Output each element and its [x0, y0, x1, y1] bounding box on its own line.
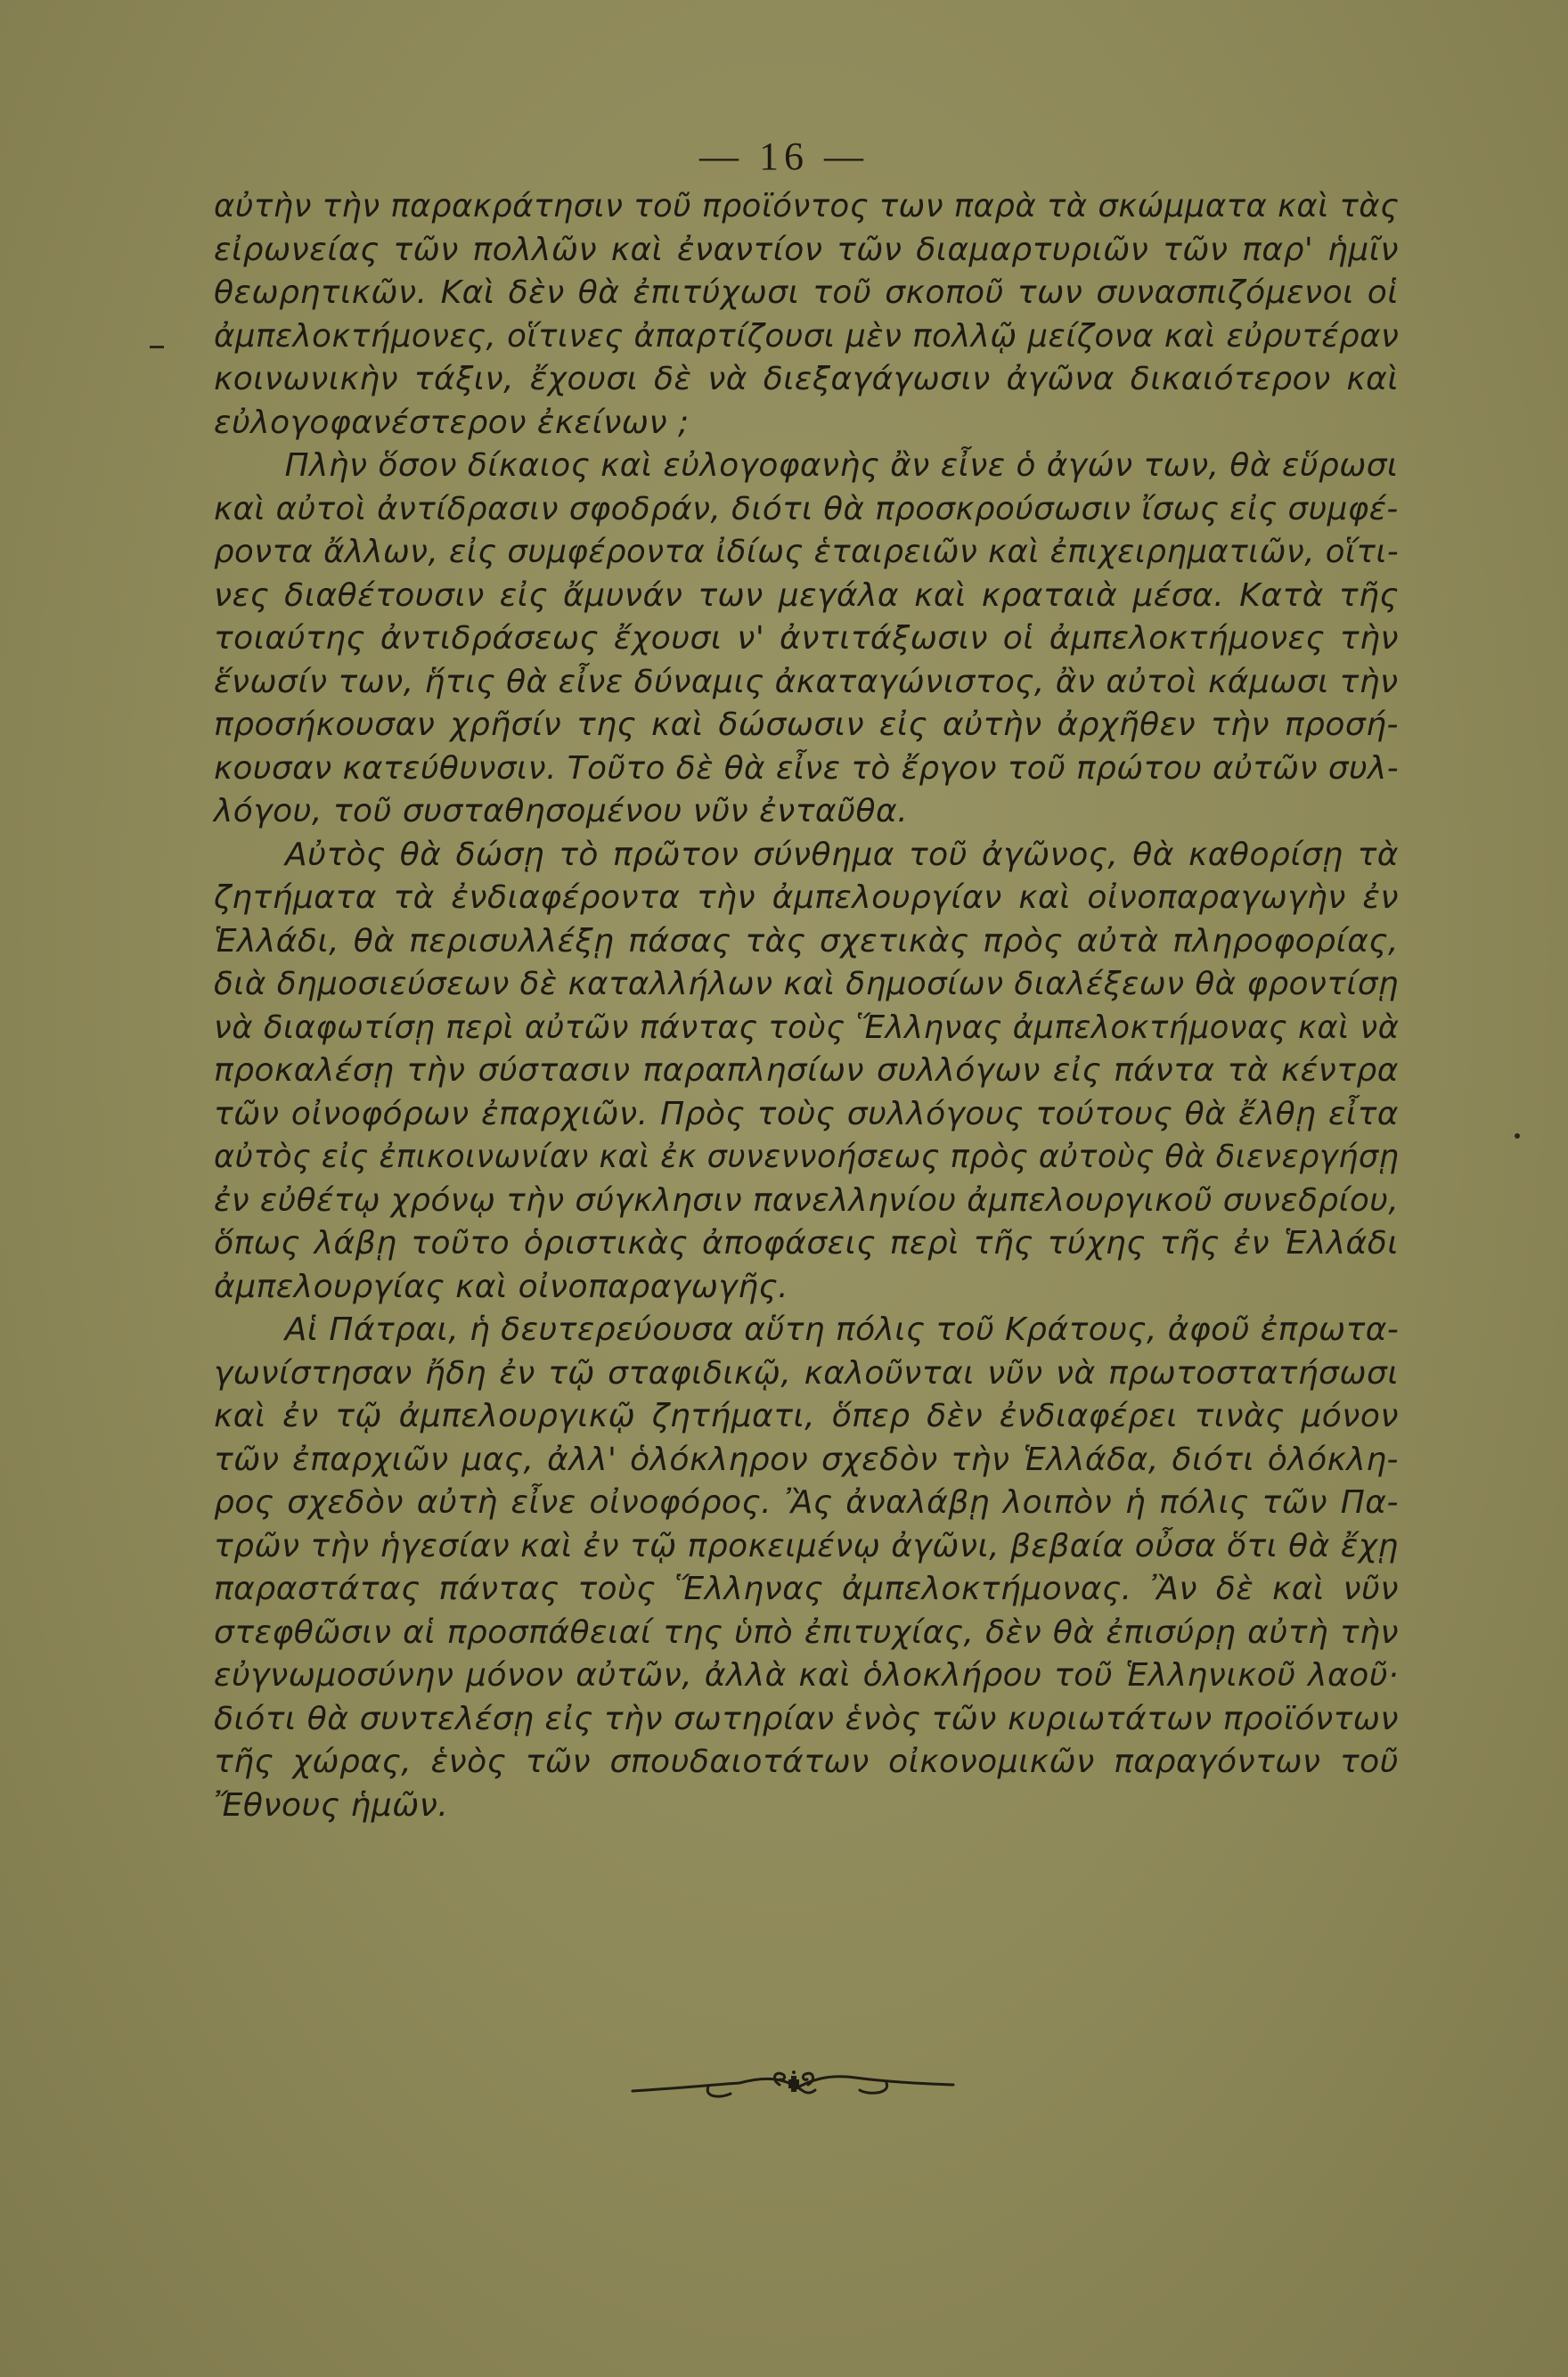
text-line: Πλὴν ὅσον δίκαιος καὶ εὐλογοφανὴς ἂν εἶν…: [214, 445, 1399, 488]
page-number: — 16 —: [0, 134, 1568, 179]
text-line: καὶ αὐτοὶ ἀντίδρασιν σφοδράν, διότι θὰ π…: [214, 488, 1399, 532]
text-line: ἀμπελοκτήμονες, οἵτινες ἀπαρτίζουσι μὲν …: [214, 315, 1399, 359]
text-line: προκαλέσῃ τὴν σύστασιν παραπλησίων συλλό…: [214, 1050, 1399, 1093]
text-line: διὰ δημοσιεύσεων δὲ καταλλήλων καὶ δημοσ…: [214, 963, 1399, 1007]
text-line: Αἱ Πάτραι, ἡ δευτερεύουσα αὕτη πόλις τοῦ…: [214, 1309, 1399, 1352]
text-line: νες διαθέτουσιν εἰς ἄμυνάν των μεγάλα κα…: [214, 575, 1399, 618]
text-line: κουσαν κατεύθυνσιν. Τοῦτο δὲ θὰ εἶνε τὸ …: [214, 747, 1399, 791]
text-line: αὐτὸς εἰς ἐπικοινωνίαν καὶ ἐκ συνεννοήσε…: [214, 1136, 1399, 1180]
paragraph-1: αὐτὴν τὴν παρακράτησιν τοῦ προϊόντος των…: [214, 185, 1399, 445]
text-line: παραστάτας πάντας τοὺς Ἕλληνας ἀμπελοκτή…: [214, 1568, 1399, 1612]
text-line: εὐλογοφανέστερον ἐκείνων ;: [214, 402, 1399, 445]
text-line: αὐτὴν τὴν παρακράτησιν τοῦ προϊόντος των…: [214, 185, 1399, 229]
text-line: νὰ διαφωτίσῃ περὶ αὐτῶν πάντας τοὺς Ἕλλη…: [214, 1007, 1399, 1050]
text-line: γωνίστησαν ἤδη ἐν τῷ σταφιδικῷ, καλοῦντα…: [214, 1352, 1399, 1396]
body-text: αὐτὴν τὴν παρακράτησιν τοῦ προϊόντος των…: [214, 185, 1399, 1827]
text-line: τῶν ἐπαρχιῶν μας, ἀλλ' ὁλόκληρον σχεδὸν …: [214, 1439, 1399, 1483]
text-line: τρῶν τὴν ἡγεσίαν καὶ ἐν τῷ προκειμένῳ ἀγ…: [214, 1525, 1399, 1569]
text-line: Αὐτὸς θὰ δώσῃ τὸ πρῶτον σύνθημα τοῦ ἀγῶν…: [214, 834, 1399, 878]
margin-mark: [150, 346, 164, 348]
text-line: προσήκουσαν χρῆσίν της καὶ δώσωσιν εἰς α…: [214, 704, 1399, 747]
text-line: καὶ ἐν τῷ ἀμπελουργικῷ ζητήματι, ὅπερ δὲ…: [214, 1395, 1399, 1439]
text-line: ὅπως λάβῃ τοῦτο ὁριστικὰς ἀποφάσεις περὶ…: [214, 1222, 1399, 1266]
text-line: ἕνωσίν των, ἥτις θὰ εἶνε δύναμις ἀκαταγώ…: [214, 661, 1399, 705]
text-line: λόγου, τοῦ συσταθησομένου νῦν ἐνταῦθα.: [214, 790, 1399, 834]
text-line: ζητήματα τὰ ἐνδιαφέροντα τὴν ἀμπελουργία…: [214, 877, 1399, 920]
text-line: ἐν εὐθέτῳ χρόνῳ τὴν σύγκλησιν πανελληνίο…: [214, 1180, 1399, 1223]
text-line: στεφθῶσιν αἱ προσπάθειαί της ὑπὸ ἐπιτυχί…: [214, 1612, 1399, 1655]
text-line: εὐγνωμοσύνην μόνον αὐτῶν, ἀλλὰ καὶ ὁλοκλ…: [214, 1654, 1399, 1698]
text-line: θεωρητικῶν. Καὶ δὲν θὰ ἐπιτύχωσι τοῦ σκο…: [214, 272, 1399, 315]
text-line: διότι θὰ συντελέσῃ εἰς τὴν σωτηρίαν ἑνὸς…: [214, 1698, 1399, 1742]
text-line: κοινωνικὴν τάξιν, ἔχουσι δὲ νὰ διεξαγάγω…: [214, 358, 1399, 402]
text-line: Ἔθνους ἡμῶν.: [214, 1785, 1399, 1828]
paragraph-2: Πλὴν ὅσον δίκαιος καὶ εὐλογοφανὴς ἂν εἶν…: [214, 445, 1399, 834]
text-line: Ἑλλάδι, θὰ περισυλλέξῃ πάσας τὰς σχετικὰ…: [214, 920, 1399, 964]
text-line: εἰρωνείας τῶν πολλῶν καὶ ἐναντίον τῶν δι…: [214, 229, 1399, 273]
text-line: τοιαύτης ἀντιδράσεως ἔχουσι ν' ἀντιτάξωσ…: [214, 617, 1399, 661]
scan-speck: [1515, 1133, 1520, 1139]
text-line: ἀμπελουργίας καὶ οἰνοπαραγωγῆς.: [214, 1266, 1399, 1310]
ornament-tailpiece-icon: [624, 2058, 962, 2103]
paragraph-4: Αἱ Πάτραι, ἡ δευτερεύουσα αὕτη πόλις τοῦ…: [214, 1309, 1399, 1827]
paragraph-3: Αὐτὸς θὰ δώσῃ τὸ πρῶτον σύνθημα τοῦ ἀγῶν…: [214, 834, 1399, 1310]
text-line: τῆς χώρας, ἑνὸς τῶν σπουδαιοτάτων οἰκονο…: [214, 1741, 1399, 1785]
text-line: ροντα ἄλλων, εἰς συμφέροντα ἰδίως ἑταιρε…: [214, 531, 1399, 575]
text-line: ρος σχεδὸν αὐτὴ εἶνε οἰνοφόρος. Ἂς ἀναλά…: [214, 1482, 1399, 1525]
text-line: τῶν οἰνοφόρων ἐπαρχιῶν. Πρὸς τοὺς συλλόγ…: [214, 1093, 1399, 1137]
